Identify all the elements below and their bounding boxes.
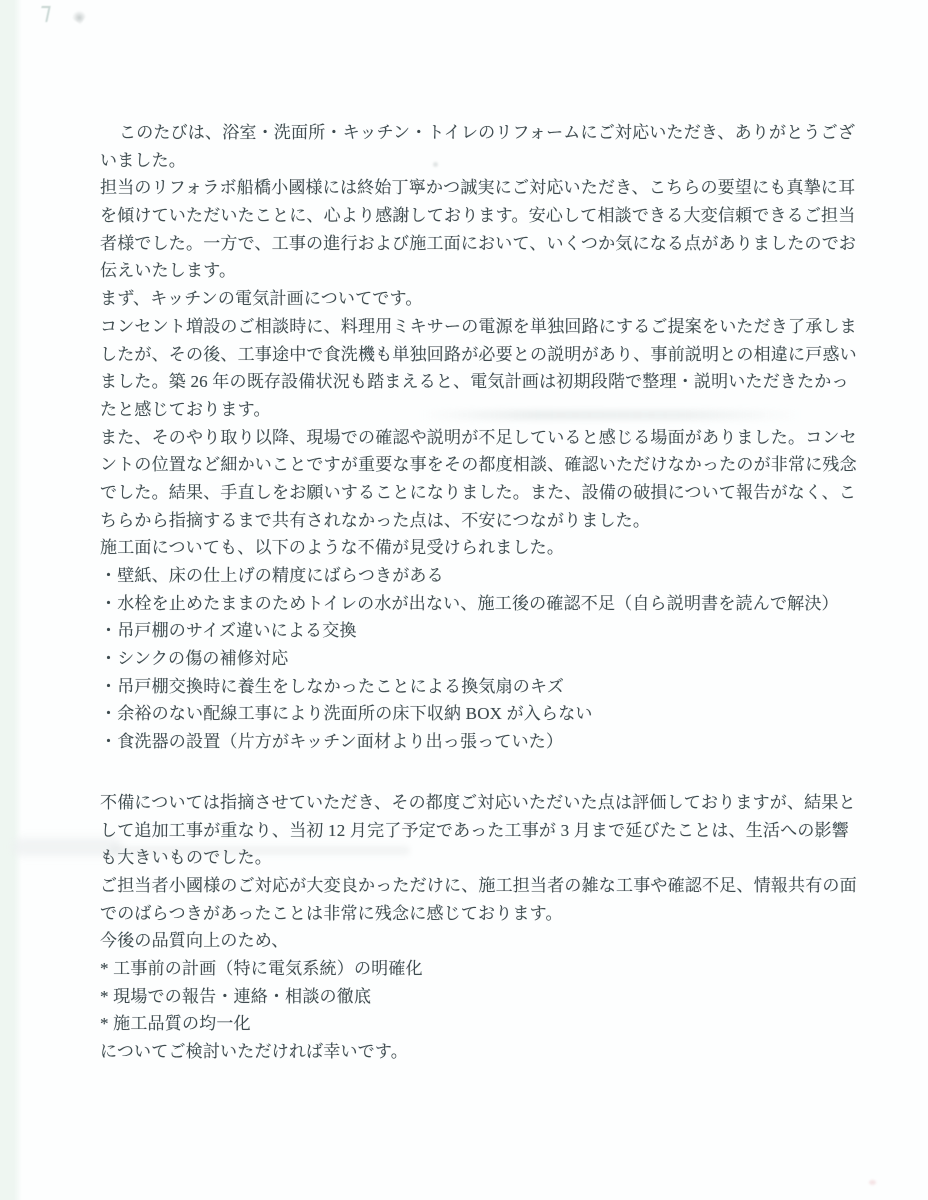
text-line: * 施工品質の均一化 [100, 1010, 860, 1038]
text-line: でした。結果、手直しをお願いすることになりました。また、設備の破損について報告が… [100, 479, 860, 507]
text-line: ご担当者小國様のご対応が大変良かっただけに、施工担当者の雑な工事や確認不足、情報… [100, 872, 860, 900]
text-line: ちらから指摘するまで共有されなかった点は、不安につながりました。 [100, 507, 860, 535]
scanner-edge-strip [0, 0, 22, 1200]
text-line: 者様でした。一方で、工事の進行および施工面において、いくつか気になる点がありまし… [100, 230, 860, 258]
text-line: 今後の品質向上のため、 [100, 927, 860, 955]
text-line: 不備については指摘させていただき、その都度ご対応いただいた点は評価しておりますが… [100, 789, 860, 817]
text-line: たと感じております。 [100, 396, 860, 424]
text-line: して追加工事が重なり、当初 12 月完了予定であった工事が 3 月まで延びたこと… [100, 817, 860, 845]
scanned-letter-page: このたびは、浴室・洗面所・キッチン・トイレのリフォームにご対応いただき、ありがと… [0, 0, 928, 1200]
text-line: いました。 [100, 147, 860, 175]
text-line: また、そのやり取り以降、現場での確認や説明が不足していると感じる場面がありました… [100, 424, 860, 452]
text-line: も大きいものでした。 [100, 844, 860, 872]
text-line: ・壁紙、床の仕上げの精度にばらつきがある [100, 562, 860, 590]
document-lines: このたびは、浴室・洗面所・キッチン・トイレのリフォームにご対応いただき、ありがと… [100, 119, 860, 1066]
scan-artifact-mark [38, 6, 50, 22]
text-line: ントの位置など細かいことですが重要な事をその都度相談、確認いただけなかったのが非… [100, 451, 860, 479]
text-line: このたびは、浴室・洗面所・キッチン・トイレのリフォームにご対応いただき、ありがと… [100, 119, 860, 147]
text-line: でのばらつきがあったことは非常に残念に感じております。 [100, 900, 860, 928]
text-line: ・余裕のない配線工事により洗面所の床下収納 BOX が入らない [100, 700, 860, 728]
text-line: * 現場での報告・連絡・相談の徹底 [100, 983, 860, 1011]
text-line: ・水栓を止めたままのためトイレの水が出ない、施工後の確認不足（自ら説明書を読んで… [100, 590, 860, 618]
text-line: ・吊戸棚のサイズ違いによる交換 [100, 617, 860, 645]
text-line: したが、その後、工事途中で食洗機も単独回路が必要との説明があり、事前説明との相違… [100, 341, 860, 369]
text-line: についてご検討いただければ幸いです。 [100, 1038, 860, 1066]
text-line: 担当のリフォラボ船橋小國様には終始丁寧かつ誠実にご対応いただき、こちらの要望にも… [100, 174, 860, 202]
text-line: * 工事前の計画（特に電気系統）の明確化 [100, 955, 860, 983]
text-line: 施工面についても、以下のような不備が見受けられました。 [100, 534, 860, 562]
text-line: まず、キッチンの電気計画についてです。 [100, 285, 860, 313]
text-line: ・食洗器の設置（片方がキッチン面材より出っ張っていた） [100, 728, 860, 756]
scan-artifact-mark [71, 8, 88, 25]
text-line: 伝えいたします。 [100, 257, 860, 285]
text-line: ・シンクの傷の補修対応 [100, 645, 860, 673]
text-line: ・吊戸棚交換時に養生をしなかったことによる換気扇のキズ [100, 673, 860, 701]
text-line: コンセント増設のご相談時に、料理用ミキサーの電源を単独回路にするご提案をいただき… [100, 313, 860, 341]
text-line: を傾けていただいたことに、心より感謝しております。安心して相談できる大変信頼でき… [100, 202, 860, 230]
scan-artifact-dot [869, 1180, 876, 1185]
text-line: ました。築 26 年の既存設備状況も踏まえると、電気計画は初期段階で整理・説明い… [100, 368, 860, 396]
